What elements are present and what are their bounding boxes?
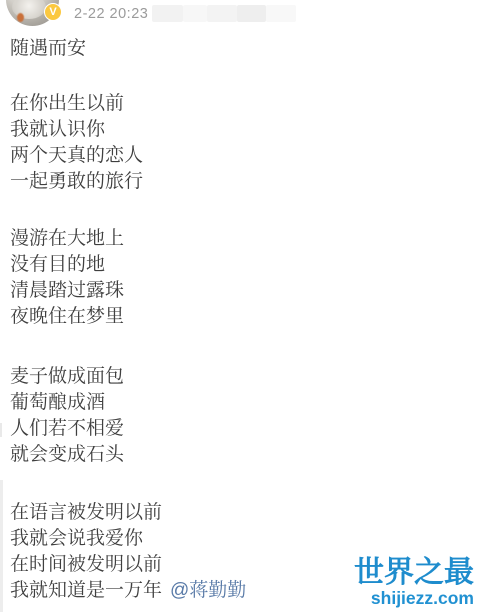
poem-line: 我就认识你: [10, 117, 444, 143]
poem-line: 一起勇敢的旅行: [10, 169, 444, 195]
mention-link[interactable]: @蒋勤勤: [170, 580, 246, 601]
redacted-block: [183, 5, 207, 22]
poem-line: 在语言被发明以前: [10, 500, 444, 526]
redacted-block: [237, 5, 266, 22]
redacted-block: [266, 5, 296, 22]
redacted-block: [207, 5, 237, 22]
poem-stanza-3: 麦子做成面包 葡萄酿成酒 人们若不相爱 就会变成石头: [10, 364, 444, 468]
left-edge-artifact: [0, 480, 3, 612]
weibo-post: V 2-22 20:23 随遇而安 在你出生以前 我就认识你 两个天真的恋人 一…: [0, 0, 484, 612]
poem-line: 清晨踏过露珠: [10, 278, 444, 304]
redacted-source-text: [152, 5, 296, 22]
poem-line: 麦子做成面包: [10, 364, 444, 390]
verified-badge-letter: V: [49, 6, 56, 18]
poem-line: 在你出生以前: [10, 91, 444, 117]
watermark: 世界之最 shijiezz.com: [354, 557, 474, 608]
poem-line: 两个天真的恋人: [10, 143, 444, 169]
watermark-domain-text: shijiezz.com: [354, 588, 474, 608]
poem-body: 随遇而安 在你出生以前 我就认识你 两个天真的恋人 一起勇敢的旅行 漫游在大地上…: [10, 36, 444, 604]
post-timestamp[interactable]: 2-22 20:23: [74, 4, 148, 24]
watermark-logo-text: 世界之最: [354, 557, 474, 588]
redacted-block: [152, 5, 183, 22]
poem-line: 人们若不相爱: [10, 416, 444, 442]
poem-title: 随遇而安: [10, 36, 444, 62]
poem-line: 我就会说我爱你: [10, 526, 444, 552]
poem-line: 夜晚住在梦里: [10, 304, 444, 330]
verified-badge-icon: V: [44, 3, 62, 21]
poem-line: 没有目的地: [10, 252, 444, 278]
poem-stanza-1: 在你出生以前 我就认识你 两个天真的恋人 一起勇敢的旅行: [10, 91, 444, 195]
left-edge-tick-artifact: [0, 423, 2, 437]
poem-line-text: 我就知道是一万年: [10, 580, 162, 601]
avatar-photo-accent: [17, 13, 24, 22]
poem-line: 漫游在大地上: [10, 226, 444, 252]
poem-line: 就会变成石头: [10, 442, 444, 468]
poem-stanza-2: 漫游在大地上 没有目的地 清晨踏过露珠 夜晚住在梦里: [10, 226, 444, 330]
poem-line: 葡萄酿成酒: [10, 390, 444, 416]
